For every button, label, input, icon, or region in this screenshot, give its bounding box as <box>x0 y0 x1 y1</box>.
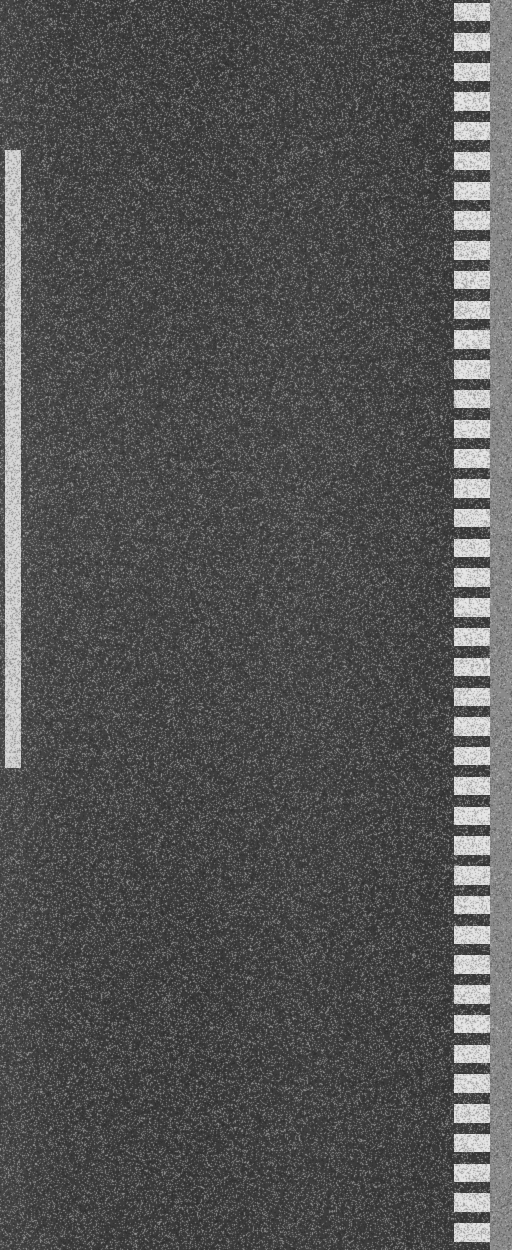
road-aerial-image <box>0 0 512 1250</box>
texture-noise <box>0 0 512 1250</box>
